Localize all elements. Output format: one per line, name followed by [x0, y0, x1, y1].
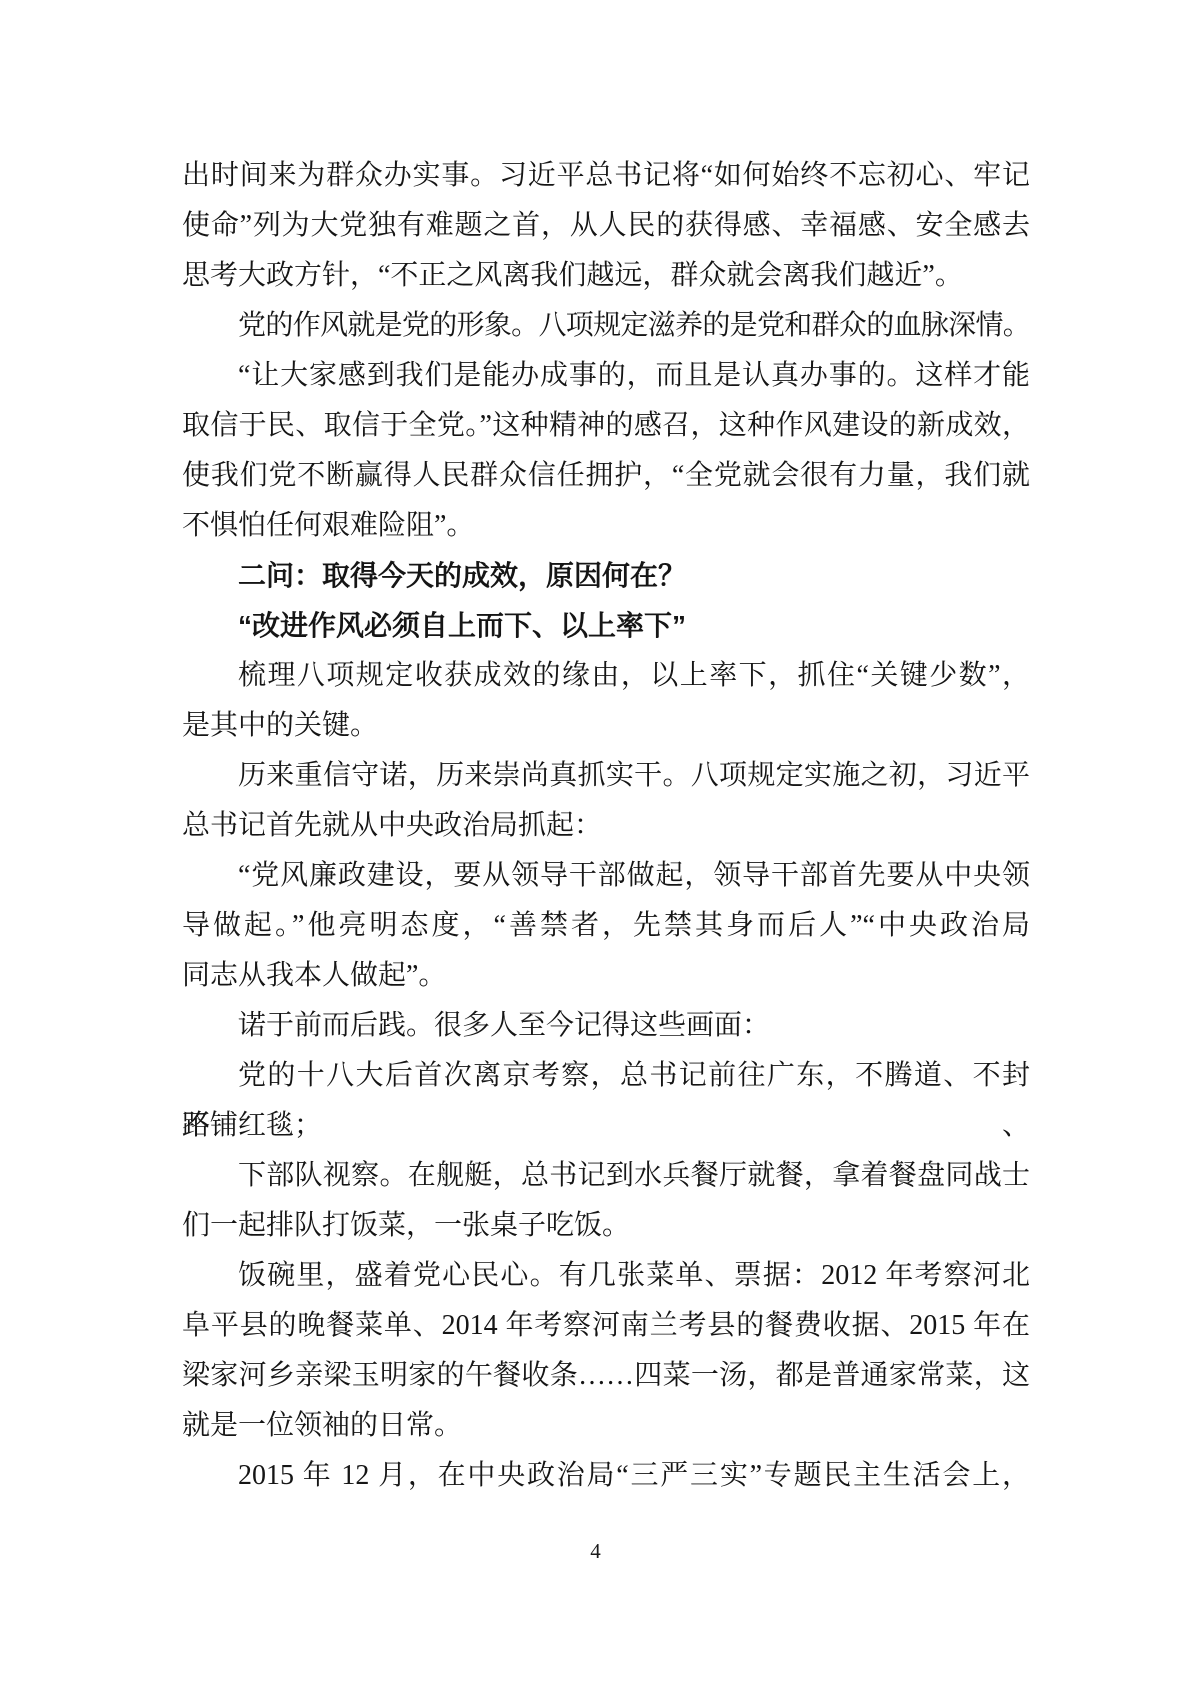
text-line: 思考大政方针，“不正之风离我们越远，群众就会离我们越近”。	[182, 251, 1030, 301]
text-line: 党的作风就是党的形象。八项规定滋养的是党和群众的血脉深情。	[182, 301, 1030, 351]
text-line: 出时间来为群众办实事。习近平总书记将“如何始终不忘初心、牢记	[182, 151, 1030, 201]
text-line: 就是一位领袖的日常。	[182, 1401, 1030, 1451]
text-line: 阜平县的晚餐菜单、2014 年考察河南兰考县的餐费收据、2015 年在	[182, 1301, 1030, 1351]
text-line: “让大家感到我们是能办成事的，而且是认真办事的。这样才能	[182, 351, 1030, 401]
text-line: 2015 年 12 月，在中央政治局“三严三实”专题民主生活会上，	[182, 1451, 1030, 1501]
text-line: 们一起排队打饭菜，一张桌子吃饭。	[182, 1201, 1030, 1251]
text-line: 导做起。”他亮明态度，“善禁者，先禁其身而后人”“中央政治局	[182, 901, 1030, 951]
page-number: 4	[0, 1535, 1191, 1567]
heading-line: “改进作风必须自上而下、以上率下”	[182, 601, 1030, 651]
text-line: 梳理八项规定收获成效的缘由，以上率下，抓住“关键少数”，	[182, 651, 1030, 701]
document-body: 出时间来为群众办实事。习近平总书记将“如何始终不忘初心、牢记使命”列为大党独有难…	[182, 151, 1030, 1501]
text-line: 梁家河乡亲梁玉明家的午餐收条……四菜一汤，都是普通家常菜，这	[182, 1351, 1030, 1401]
text-line: 使我们党不断赢得人民群众信任拥护，“全党就会很有力量，我们就	[182, 451, 1030, 501]
document-page: 出时间来为群众办实事。习近平总书记将“如何始终不忘初心、牢记使命”列为大党独有难…	[0, 0, 1191, 1684]
text-line: 饭碗里，盛着党心民心。有几张菜单、票据：2012 年考察河北	[182, 1251, 1030, 1301]
text-line: 下部队视察。在舰艇，总书记到水兵餐厅就餐，拿着餐盘同战士	[182, 1151, 1030, 1201]
text-line: 不惧怕任何艰难险阻”。	[182, 501, 1030, 551]
text-line: 取信于民、取信于全党。”这种精神的感召，这种作风建设的新成效，	[182, 401, 1030, 451]
text-line: 诺于前而后践。很多人至今记得这些画面：	[182, 1001, 1030, 1051]
text-line: 使命”列为大党独有难题之首，从人民的获得感、幸福感、安全感去	[182, 201, 1030, 251]
text-line: “党风廉政建设，要从领导干部做起，领导干部首先要从中央领	[182, 851, 1030, 901]
text-line: 同志从我本人做起”。	[182, 951, 1030, 1001]
text-line: 党的十八大后首次离京考察，总书记前往广东，不腾道、不封路、	[182, 1051, 1030, 1101]
text-line: 总书记首先就从中央政治局抓起：	[182, 801, 1030, 851]
text-line: 历来重信守诺，历来崇尚真抓实干。八项规定实施之初，习近平	[182, 751, 1030, 801]
heading-line: 二问：取得今天的成效，原因何在？	[182, 551, 1030, 601]
text-line: 是其中的关键。	[182, 701, 1030, 751]
